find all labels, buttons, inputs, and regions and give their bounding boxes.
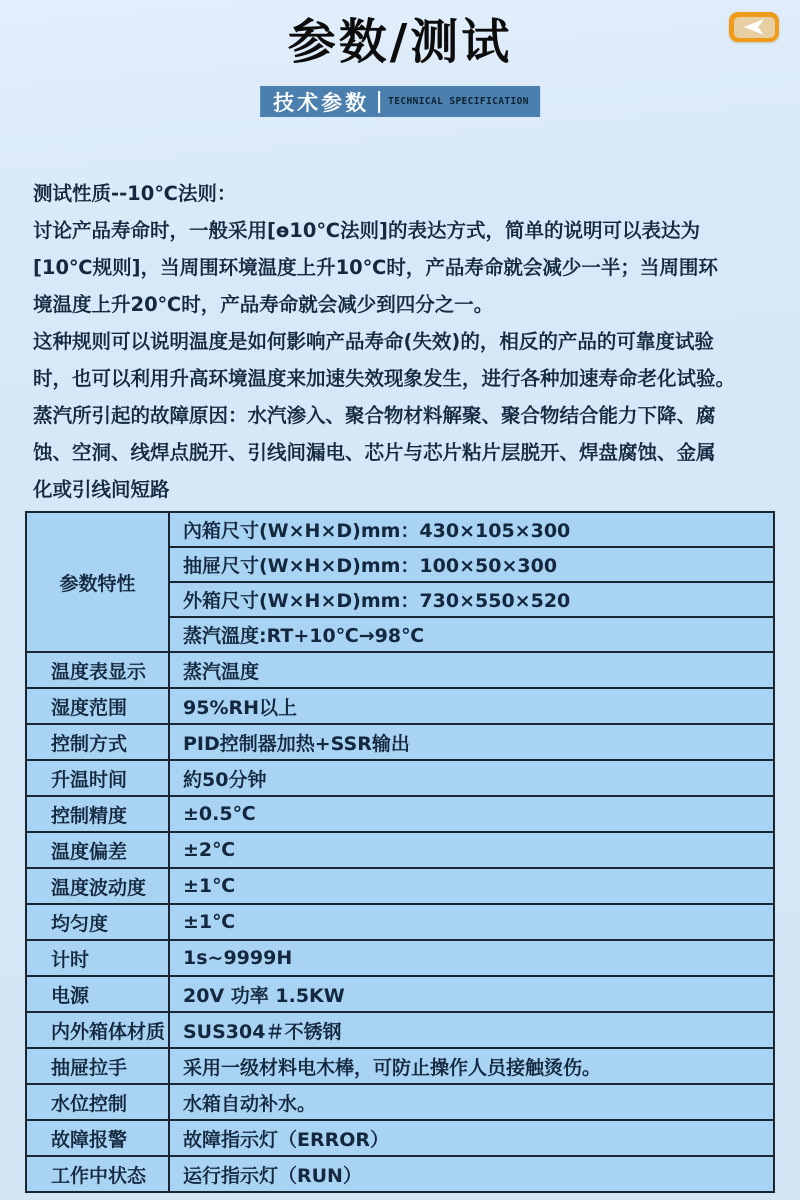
section-badge-en: TECHNICAL SPECIFICATION bbox=[388, 96, 529, 107]
intro-line: 测试性质--10℃法则： bbox=[33, 175, 778, 212]
intro-line: 境温度上升20℃时，产品寿命就会减少到四分之一。 bbox=[33, 286, 778, 323]
page-title: 参数/测试 bbox=[0, 14, 800, 70]
spec-value: 水箱自动补水。 bbox=[169, 1084, 774, 1120]
intro-line: 蒸汽所引起的故障原因：水汽渗入、聚合物材料解聚、聚合物结合能力下降、腐 bbox=[33, 397, 778, 434]
table-row: 均匀度 ±1℃ bbox=[26, 904, 774, 940]
spec-value: 1s~9999H bbox=[169, 940, 774, 976]
spec-label: 计时 bbox=[26, 940, 169, 976]
spec-value: 外箱尺寸(W×H×D)mm：730×550×520 bbox=[169, 582, 774, 617]
intro-line: 这种规则可以说明温度是如何影响产品寿命(失效)的，相反的产品的可靠度试验 bbox=[33, 323, 778, 360]
table-row: 控制方式 PID控制器加热+SSR输出 bbox=[26, 724, 774, 760]
table-group-row: 参数特性 內箱尺寸(W×H×D)mm：430×105×300 bbox=[26, 512, 774, 547]
spec-value: ±2℃ bbox=[169, 832, 774, 868]
product-spec-page: 参数/测试 技术参数 TECHNICAL SPECIFICATION 测试性质-… bbox=[0, 0, 800, 1200]
table-row: 内外箱体材质 SUS304＃不锈钢 bbox=[26, 1012, 774, 1048]
spec-value: 蒸汽溫度:RT+10℃→98℃ bbox=[169, 617, 774, 652]
spec-value: SUS304＃不锈钢 bbox=[169, 1012, 774, 1048]
spec-label: 控制方式 bbox=[26, 724, 169, 760]
spec-label: 升温时间 bbox=[26, 760, 169, 796]
badge-divider bbox=[378, 91, 380, 113]
table-row: 温度波动度 ±1℃ bbox=[26, 868, 774, 904]
spec-label: 温度偏差 bbox=[26, 832, 169, 868]
spec-value: 20V 功率 1.5KW bbox=[169, 976, 774, 1012]
spec-label: 温度波动度 bbox=[26, 868, 169, 904]
spec-label: 温度表显示 bbox=[26, 652, 169, 688]
spec-value: 蒸汽温度 bbox=[169, 652, 774, 688]
table-row: 升温时间 約50分钟 bbox=[26, 760, 774, 796]
spec-group-label: 参数特性 bbox=[26, 512, 169, 652]
spec-value: 故障指示灯（ERROR） bbox=[169, 1120, 774, 1156]
intro-line: 化或引线间短路 bbox=[33, 471, 778, 508]
section-badge-cn: 技术参数 bbox=[273, 87, 369, 117]
spec-value: 內箱尺寸(W×H×D)mm：430×105×300 bbox=[169, 512, 774, 547]
spec-value: 运行指示灯（RUN） bbox=[169, 1156, 774, 1192]
spec-value: 采用一级材料电木棒，可防止操作人员接触烫伤。 bbox=[169, 1048, 774, 1084]
spec-label: 电源 bbox=[26, 976, 169, 1012]
spec-value: PID控制器加热+SSR输出 bbox=[169, 724, 774, 760]
spec-label: 故障报警 bbox=[26, 1120, 169, 1156]
intro-line: 时，也可以利用升高环境温度来加速失效现象发生，进行各种加速寿命老化试验。 bbox=[33, 360, 778, 397]
table-row: 计时 1s~9999H bbox=[26, 940, 774, 976]
spec-value: ±1℃ bbox=[169, 868, 774, 904]
table-row: 水位控制 水箱自动补水。 bbox=[26, 1084, 774, 1120]
spec-label: 水位控制 bbox=[26, 1084, 169, 1120]
table-row: 故障报警 故障指示灯（ERROR） bbox=[26, 1120, 774, 1156]
table-row: 温度偏差 ±2℃ bbox=[26, 832, 774, 868]
spec-value: 抽屉尺寸(W×H×D)mm：100×50×300 bbox=[169, 547, 774, 582]
intro-text: 测试性质--10℃法则： 讨论产品寿命时，一般采用[ɵ10℃法则]的表达方式，简… bbox=[33, 175, 778, 508]
table-row: 电源 20V 功率 1.5KW bbox=[26, 976, 774, 1012]
spec-value: ±1℃ bbox=[169, 904, 774, 940]
spec-label: 均匀度 bbox=[26, 904, 169, 940]
spec-table: 参数特性 內箱尺寸(W×H×D)mm：430×105×300 抽屉尺寸(W×H×… bbox=[25, 511, 775, 1193]
table-row: 控制精度 ±0.5℃ bbox=[26, 796, 774, 832]
table-row: 工作中状态 运行指示灯（RUN） bbox=[26, 1156, 774, 1192]
spec-value: ±0.5℃ bbox=[169, 796, 774, 832]
intro-line: [10℃规则]，当周围环境温度上升10℃时，产品寿命就会减少一半；当周围环 bbox=[33, 249, 778, 286]
section-badge: 技术参数 TECHNICAL SPECIFICATION bbox=[260, 86, 540, 117]
spec-label: 湿度范围 bbox=[26, 688, 169, 724]
spec-value: 約50分钟 bbox=[169, 760, 774, 796]
spec-label: 工作中状态 bbox=[26, 1156, 169, 1192]
spec-label: 抽屉拉手 bbox=[26, 1048, 169, 1084]
intro-line: 讨论产品寿命时，一般采用[ɵ10℃法则]的表达方式，简单的说明可以表达为 bbox=[33, 212, 778, 249]
table-row: 温度表显示 蒸汽温度 bbox=[26, 652, 774, 688]
spec-value: 95%RH以上 bbox=[169, 688, 774, 724]
spec-label: 内外箱体材质 bbox=[26, 1012, 169, 1048]
table-row: 抽屉拉手 采用一级材料电木棒，可防止操作人员接触烫伤。 bbox=[26, 1048, 774, 1084]
spec-label: 控制精度 bbox=[26, 796, 169, 832]
table-row: 湿度范围 95%RH以上 bbox=[26, 688, 774, 724]
intro-line: 蚀、空洞、线焊点脱开、引线间漏电、芯片与芯片粘片层脱开、焊盘腐蚀、金属 bbox=[33, 434, 778, 471]
